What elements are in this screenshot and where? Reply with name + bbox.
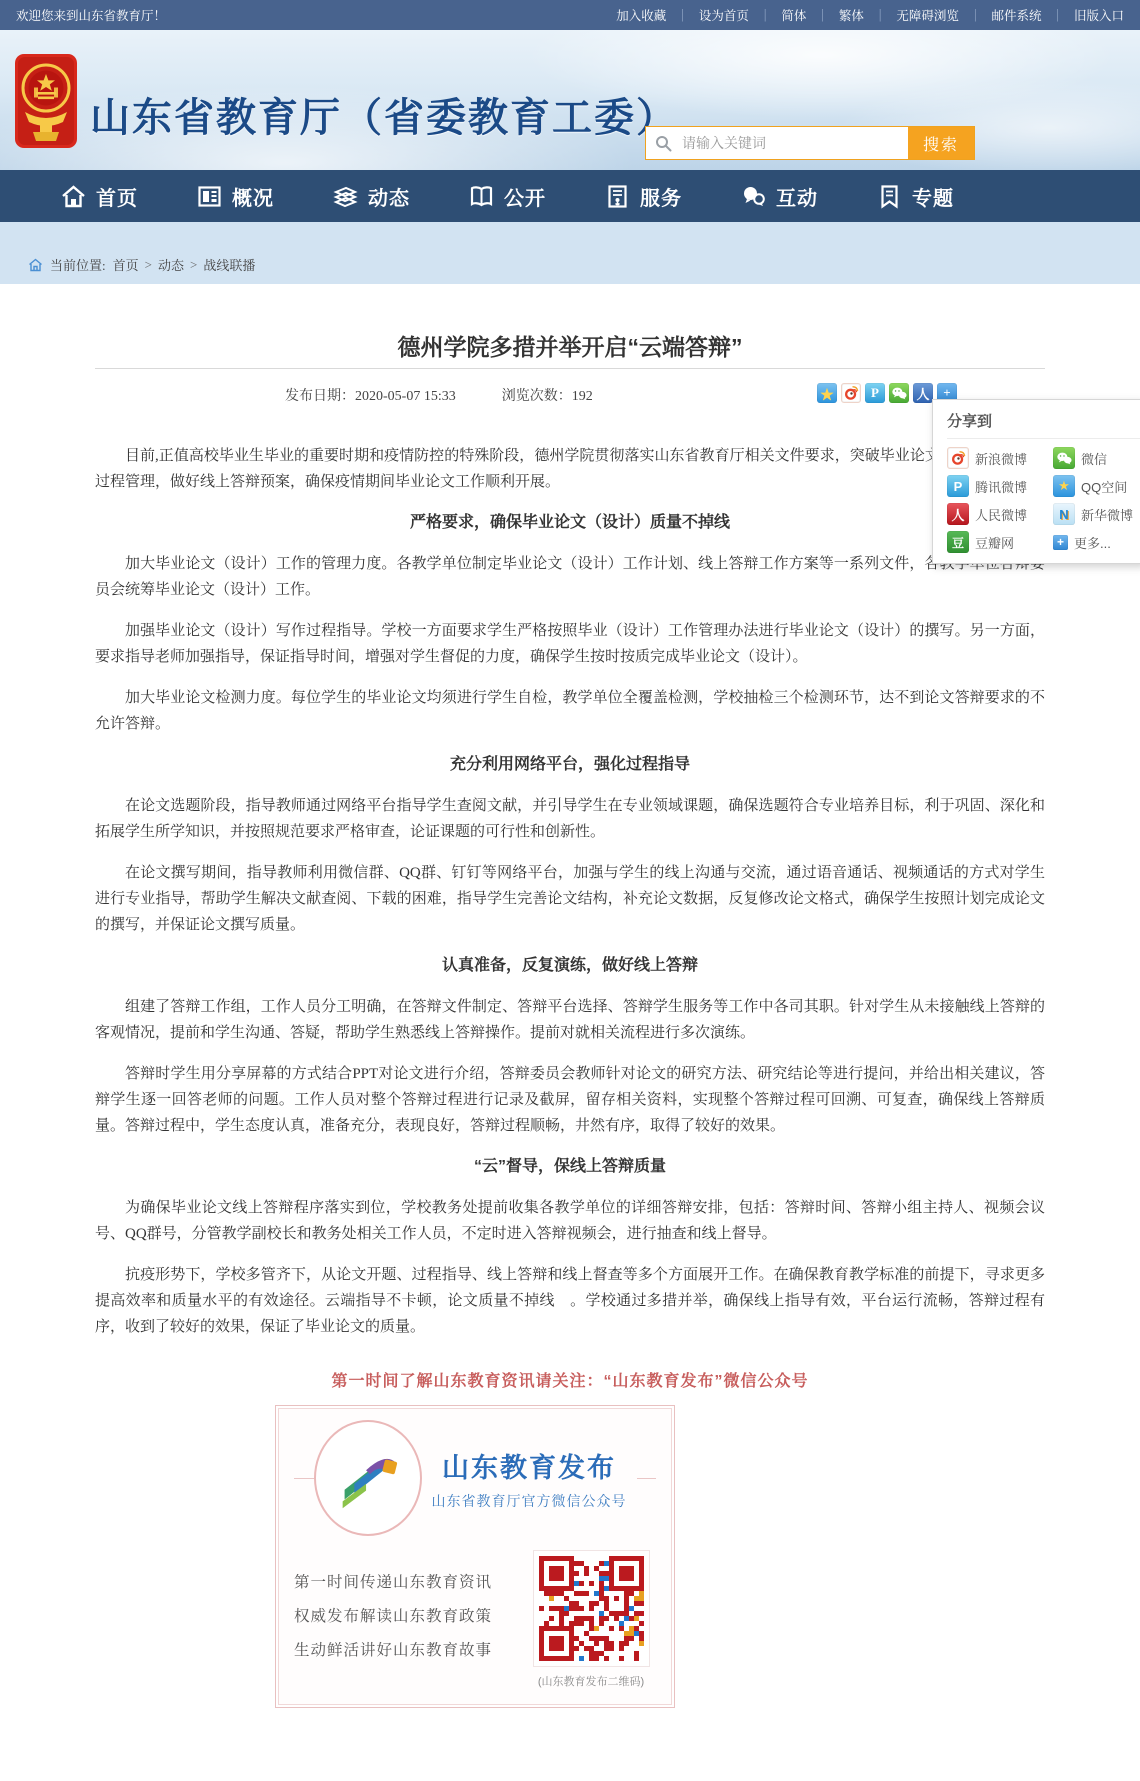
- topbar-link-separator: ｜: [816, 6, 829, 24]
- nav-item-label: 专题: [912, 182, 954, 211]
- article-paragraph: 为确保毕业论文线上答辩程序落实到位，学校教务处提前收集各教学单位的详细答辩安排，…: [95, 1195, 1045, 1247]
- overview-icon: [196, 183, 223, 210]
- topics-icon: [876, 183, 903, 210]
- masthead: 山东省教育厅（省委教育工委） 搜索: [0, 30, 1140, 170]
- topbar-link[interactable]: 旧版入口: [1074, 6, 1124, 24]
- qr-caption: (山东教育发布二维码): [526, 1673, 656, 1689]
- publish-date: 发布日期：2020-05-07 15:33: [285, 385, 456, 405]
- decor-line: [637, 1478, 657, 1479]
- share-popup-item-label: 新华微博: [1081, 505, 1133, 524]
- article-meta-row: 发布日期：2020-05-07 15:33 浏览次数：192 ★P人+: [95, 383, 1045, 405]
- breadcrumb-strip: 当前位置: 首页>动态>战线联播: [0, 222, 1140, 284]
- article-paragraph: 组建了答辩工作组，工作人员分工明确，在答辩文件制定、答辩平台选择、答辩学生服务等…: [95, 994, 1045, 1046]
- tencent-weibo-icon: P: [947, 475, 969, 497]
- share-popup-item-新华微博[interactable]: N新华微博: [1053, 503, 1140, 525]
- share-popup-item-label: 微信: [1081, 449, 1107, 468]
- nav-item-公开[interactable]: 公开: [468, 182, 546, 211]
- nav-item-label: 概况: [232, 182, 274, 211]
- search-button[interactable]: 搜索: [908, 127, 974, 159]
- nav-item-概况[interactable]: 概况: [196, 182, 274, 211]
- article-paragraph: 在论文撰写期间，指导教师利用微信群、QQ群、钉钉等网络平台，加强与学生的线上沟通…: [95, 860, 1045, 938]
- qrcode: [533, 1550, 650, 1667]
- renmin-weibo-icon: 人: [947, 503, 969, 525]
- promo-logo-band: 山东教育发布 山东省教育厅官方微信公众号: [294, 1420, 656, 1536]
- nav-item-首页[interactable]: 首页: [60, 182, 138, 211]
- breadcrumb-home-icon: [28, 258, 43, 272]
- top-utility-bar: 欢迎您来到山东省教育厅！ 加入收藏｜设为首页｜简体｜繁体｜无障碍浏览｜邮件系统｜…: [0, 0, 1140, 30]
- wechat-icon: [1053, 447, 1075, 469]
- nav-item-label: 互动: [776, 182, 818, 211]
- topbar-link-separator: ｜: [676, 6, 689, 24]
- disclosure-icon: [468, 183, 495, 210]
- title-divider: [95, 368, 1045, 369]
- share-popup-item-label: 豆瓣网: [975, 533, 1014, 552]
- share-popup: 分享到 新浪微博微信P腾讯微博★QQ空间人人民微博N新华微博豆豆瓣网+更多...: [932, 399, 1140, 564]
- sina-weibo-icon[interactable]: [841, 383, 861, 407]
- promo-notice: 第一时间了解山东教育资讯请关注：“山东教育发布”微信公众号: [95, 1368, 1045, 1391]
- nav-item-label: 动态: [368, 182, 410, 211]
- nav-item-专题[interactable]: 专题: [876, 182, 954, 211]
- topbar-link[interactable]: 设为首页: [699, 6, 749, 24]
- share-popup-item-微信[interactable]: 微信: [1053, 447, 1140, 469]
- share-popup-title: 分享到: [947, 410, 1140, 439]
- service-icon: [604, 183, 631, 210]
- qr-area: (山东教育发布二维码): [526, 1550, 656, 1689]
- search-icon: [646, 127, 680, 159]
- site-title: 山东省教育厅（省委教育工委）: [90, 86, 678, 143]
- promo-logo-title: 山东教育发布: [432, 1446, 627, 1485]
- topbar-link[interactable]: 繁体: [839, 6, 864, 24]
- share-popup-item-label: QQ空间: [1081, 477, 1127, 496]
- main-navigation: 首页概况动态公开服务互动专题: [0, 170, 1140, 222]
- share-popup-items: 新浪微博微信P腾讯微博★QQ空间人人民微博N新华微博豆豆瓣网+更多...: [947, 447, 1140, 553]
- view-count: 浏览次数：192: [502, 385, 593, 405]
- promo-body: 第一时间传递山东教育资讯权威发布解读山东教育政策生动鲜活讲好山东教育故事 (山东…: [294, 1550, 656, 1689]
- share-popup-item-label: 新浪微博: [975, 449, 1027, 468]
- view-count-value: 192: [572, 389, 593, 404]
- share-popup-item-更多...[interactable]: +更多...: [1053, 531, 1140, 553]
- wechat-icon[interactable]: [889, 383, 909, 407]
- nav-item-互动[interactable]: 互动: [740, 182, 818, 211]
- tencent-weibo-icon[interactable]: P: [865, 383, 885, 407]
- news-icon: [332, 183, 359, 210]
- view-count-label: 浏览次数：: [502, 389, 572, 404]
- promo-text-line: 权威发布解读山东教育政策: [294, 1600, 526, 1634]
- nav-item-label: 服务: [640, 182, 682, 211]
- nav-item-服务[interactable]: 服务: [604, 182, 682, 211]
- wechat-promo-box: 山东教育发布 山东省教育厅官方微信公众号 第一时间传递山东教育资讯权威发布解读山…: [275, 1405, 675, 1708]
- article-body: 目前,正值高校毕业生毕业的重要时期和疫情防控的特殊阶段，德州学院贯彻落实山东省教…: [95, 443, 1045, 1340]
- shandong-edu-logo-icon: [314, 1420, 422, 1536]
- share-popup-item-豆瓣网[interactable]: 豆豆瓣网: [947, 531, 1053, 553]
- article-title: 德州学院多措并举开启“云端答辩”: [95, 332, 1045, 362]
- breadcrumb-prefix: 当前位置:: [50, 255, 106, 274]
- share-popup-item-新浪微博[interactable]: 新浪微博: [947, 447, 1053, 469]
- qzone-icon[interactable]: ★: [817, 383, 837, 407]
- share-popup-item-腾讯微博[interactable]: P腾讯微博: [947, 475, 1053, 497]
- decor-line: [294, 1478, 314, 1479]
- promo-text-line: 第一时间传递山东教育资讯: [294, 1566, 526, 1600]
- share-popup-item-QQ空间[interactable]: ★QQ空间: [1053, 475, 1140, 497]
- topbar-link[interactable]: 简体: [781, 6, 806, 24]
- douban-icon: 豆: [947, 531, 969, 553]
- nav-item-label: 首页: [96, 182, 138, 211]
- article-paragraph: 抗疫形势下，学校多管齐下，从论文开题、过程指导、线上答辩和线上督查等多个方面展开…: [95, 1262, 1045, 1340]
- welcome-text: 欢迎您来到山东省教育厅！: [16, 6, 166, 24]
- breadcrumb-separator: >: [145, 257, 152, 273]
- article-paragraph: 目前,正值高校毕业生毕业的重要时期和疫情防控的特殊阶段，德州学院贯彻落实山东省教…: [95, 443, 1045, 495]
- article-paragraph: 加强毕业论文（设计）写作过程指导。学校一方面要求学生严格按照毕业（设计）工作管理…: [95, 618, 1045, 670]
- xinhua-weibo-icon: N: [1053, 503, 1075, 525]
- sina-weibo-icon: [947, 447, 969, 469]
- article-meta: 发布日期：2020-05-07 15:33 浏览次数：192: [285, 385, 593, 405]
- promo-text-line: 生动鲜活讲好山东教育故事: [294, 1634, 526, 1668]
- section-heading: “云”督导，保线上答辩质量: [95, 1156, 1045, 1178]
- promo-logo-text: 山东教育发布 山东省教育厅官方微信公众号: [422, 1446, 637, 1511]
- breadcrumb-item[interactable]: 首页: [113, 255, 139, 274]
- more-icon: +: [1053, 535, 1068, 550]
- article-paragraph: 在论文选题阶段，指导教师通过网络平台指导学生查阅文献，并引导学生在专业领域课题，…: [95, 793, 1045, 845]
- share-popup-item-label: 更多...: [1074, 533, 1111, 552]
- section-heading: 认真准备，反复演练，做好线上答辩: [95, 955, 1045, 977]
- share-popup-item-label: 腾讯微博: [975, 477, 1027, 496]
- promo-text-lines: 第一时间传递山东教育资讯权威发布解读山东教育政策生动鲜活讲好山东教育故事: [294, 1550, 526, 1668]
- topbar-link-separator: ｜: [1051, 6, 1064, 24]
- topbar-links: 加入收藏｜设为首页｜简体｜繁体｜无障碍浏览｜邮件系统｜旧版入口: [616, 6, 1124, 24]
- people-weibo-icon[interactable]: 人: [913, 383, 933, 407]
- nav-item-动态[interactable]: 动态: [332, 182, 410, 211]
- breadcrumb: 当前位置: 首页>动态>战线联播: [28, 255, 255, 274]
- breadcrumb-items: 首页>动态>战线联播: [113, 255, 256, 274]
- article-paragraph: 答辩时学生用分享屏幕的方式结合PPT对论文进行介绍，答辩委员会教师针对论文的研究…: [95, 1061, 1045, 1139]
- breadcrumb-separator: >: [190, 257, 197, 273]
- share-popup-item-人民微博[interactable]: 人人民微博: [947, 503, 1053, 525]
- breadcrumb-item[interactable]: 动态: [158, 255, 184, 274]
- breadcrumb-item[interactable]: 战线联播: [203, 255, 255, 274]
- section-heading: 严格要求，确保毕业论文（设计）质量不掉线: [95, 512, 1045, 534]
- topbar-link-separator: ｜: [874, 6, 887, 24]
- home-icon: [60, 183, 87, 210]
- article-paragraph: 加大毕业论文（设计）工作的管理力度。各教学单位制定毕业论文（设计）工作计划、线上…: [95, 551, 1045, 603]
- topbar-link-separator: ｜: [759, 6, 772, 24]
- interaction-icon: [740, 183, 767, 210]
- qzone-icon: ★: [1053, 475, 1075, 497]
- topbar-link-separator: ｜: [969, 6, 982, 24]
- search-box: 搜索: [645, 126, 975, 160]
- search-input[interactable]: [680, 127, 908, 159]
- nav-item-label: 公开: [504, 182, 546, 211]
- topbar-link[interactable]: 邮件系统: [991, 6, 1041, 24]
- topbar-link[interactable]: 加入收藏: [616, 6, 666, 24]
- article: 德州学院多措并举开启“云端答辩” 发布日期：2020-05-07 15:33 浏…: [95, 332, 1045, 1708]
- article-paragraph: 加大毕业论文检测力度。每位学生的毕业论文均须进行学生自检，教学单位全覆盖检测，学…: [95, 685, 1045, 737]
- promo-logo-subtitle: 山东省教育厅官方微信公众号: [432, 1491, 627, 1511]
- topbar-link[interactable]: 无障碍浏览: [896, 6, 959, 24]
- page: 欢迎您来到山东省教育厅！ 加入收藏｜设为首页｜简体｜繁体｜无障碍浏览｜邮件系统｜…: [0, 0, 1140, 1781]
- national-emblem-icon: [15, 54, 77, 148]
- publish-date-value: 2020-05-07 15:33: [355, 389, 456, 404]
- publish-date-label: 发布日期：: [285, 389, 355, 404]
- share-popup-item-label: 人民微博: [975, 505, 1027, 524]
- section-heading: 充分利用网络平台，强化过程指导: [95, 754, 1045, 776]
